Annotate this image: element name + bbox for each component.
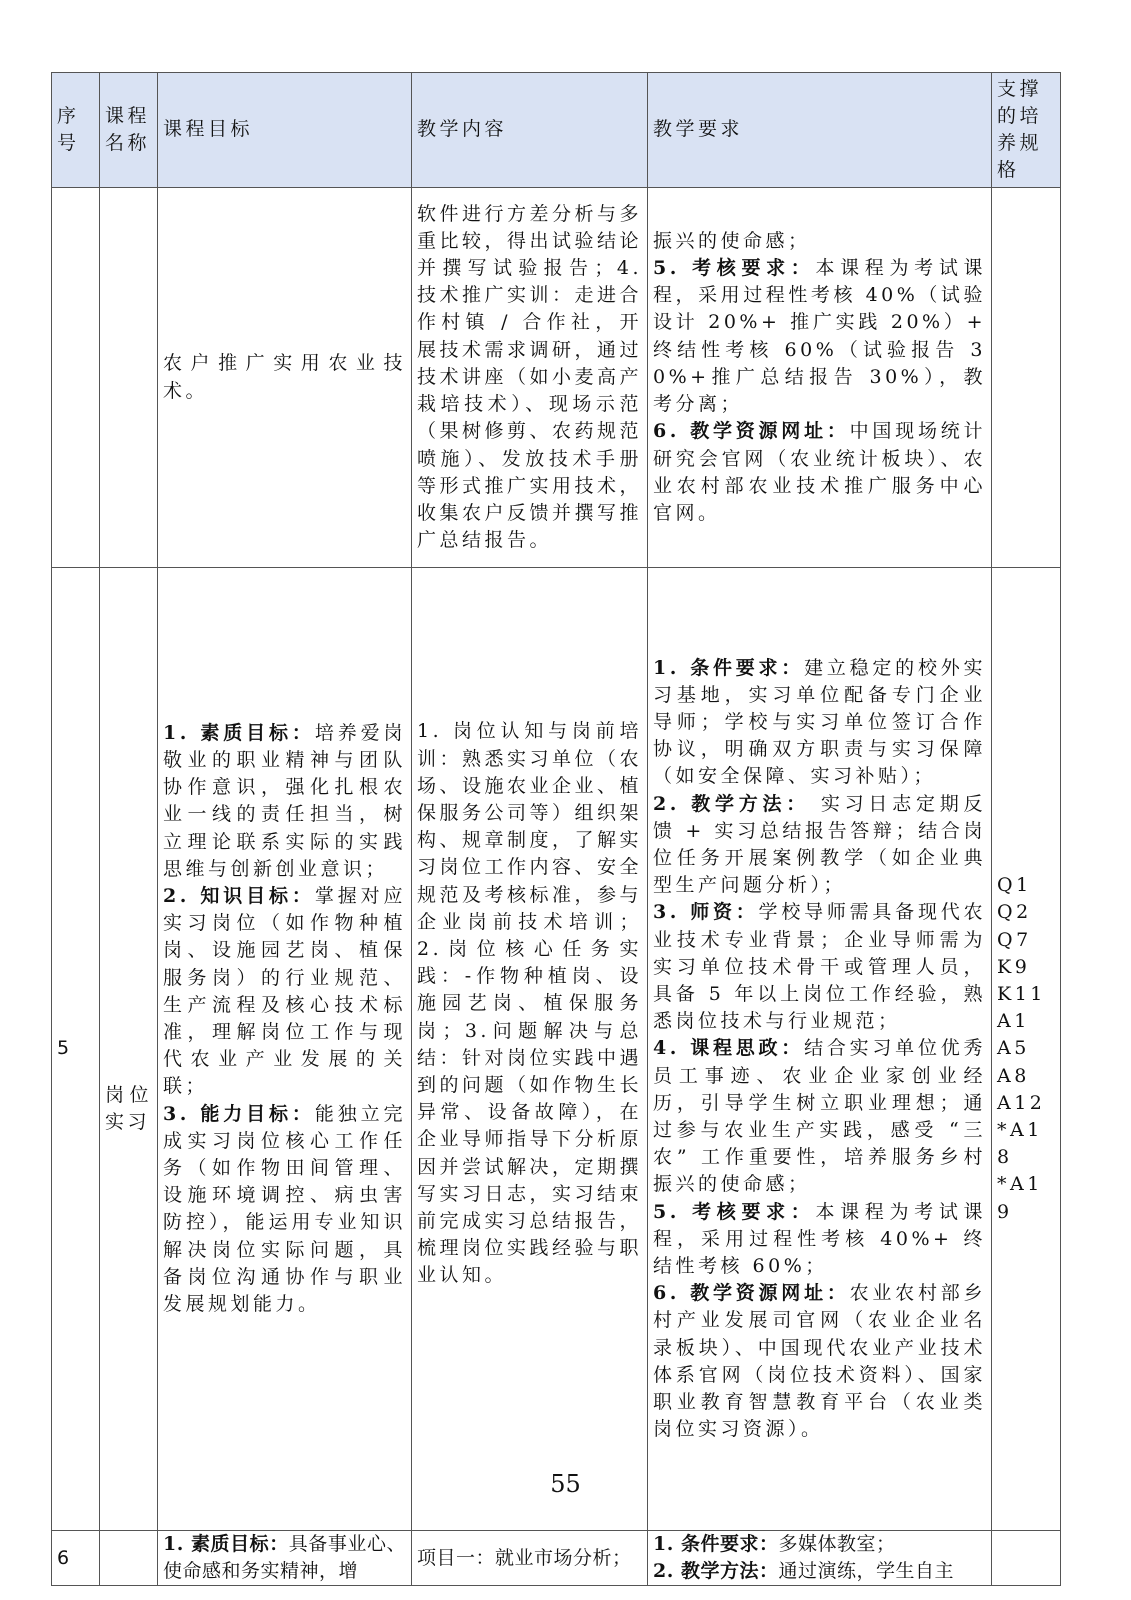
spec-code: K11 [997,981,1055,1008]
cell-requirements: 1. 条件要求：多媒体教室； 2. 教学方法：通过演练，学生自主 [648,1531,992,1586]
cell-course-name: 岗位实习 [100,568,158,1531]
objective-item: 1. 素质目标：具备事业心、使命感和务实精神，增 [163,1533,406,1582]
cell-requirements: 振兴的使命感； 5. 考核要求：本课程为考试课程，采用过程性考核 40%（试验设… [648,188,992,568]
cell-content: 软件进行方差分析与多重比较，得出试验结论并撰写试验报告；4.技术推广实训：走进合… [412,188,648,568]
cell-content: 1. 岗位认知与岗前培训：熟悉实习单位（农场、设施农业企业、植保服务公司等）组织… [412,568,648,1531]
spec-code: A1 [997,1008,1055,1035]
spec-code: *A18 [997,1117,1055,1171]
table-row: 农户推广实用农业技术。 软件进行方差分析与多重比较，得出试验结论并撰写试验报告；… [52,188,1061,568]
requirement-item: 5. 考核要求：本课程为考试课程，采用过程性考核 40%（试验设计 20%+ 推… [653,255,986,418]
cell-spec: Q1 Q2 Q7 K9 K11 A1 A5 A8 A12 *A18 *A19 [992,568,1061,1531]
table-row: 6 1. 素质目标：具备事业心、使命感和务实精神，增 项目一：就业市场分析； 1… [52,1531,1061,1586]
requirement-item: 1. 条件要求：建立稳定的校外实习基地，实习单位配备专门企业导师；学校与实习单位… [653,655,986,791]
spec-code: Q2 [997,899,1055,926]
cell-spec [992,188,1061,568]
spec-code: K9 [997,954,1055,981]
requirement-item: 1. 条件要求：多媒体教室； [653,1531,986,1558]
requirement-item: 6. 教学资源网址：中国现场统计研究会官网（农业统计板块）、农业农村部农业技术推… [653,418,986,527]
spec-code: *A19 [997,1171,1055,1225]
cell-content: 项目一：就业市场分析； [412,1531,648,1586]
cell-seq: 5 [52,568,100,1531]
header-course-objective: 课程目标 [158,73,412,188]
header-teaching-content: 教学内容 [412,73,648,188]
objective-item: 3. 能力目标：能独立完成实习岗位核心工作任务（如作物田间管理、设施环境调控、病… [163,1101,406,1319]
cell-course-name [100,188,158,568]
requirement-item: 3. 师资：学校导师需具备现代农业技术专业背景；企业导师需为实习单位技术骨干或管… [653,899,986,1035]
header-course-name: 课程名称 [100,73,158,188]
header-teaching-requirements: 教学要求 [648,73,992,188]
spec-code: A12 [997,1090,1055,1117]
table-row: 5 岗位实习 1. 素质目标：培养爱岗敬业的职业精神与团队协作意识，强化扎根农业… [52,568,1061,1531]
cell-spec [992,1531,1061,1586]
cell-requirements: 1. 条件要求：建立稳定的校外实习基地，实习单位配备专门企业导师；学校与实习单位… [648,568,992,1531]
header-supported-specs: 支撑的培养规格 [992,73,1061,188]
cell-objective: 1. 素质目标：培养爱岗敬业的职业精神与团队协作意识，强化扎根农业一线的责任担当… [158,568,412,1531]
header-seq: 序号 [52,73,100,188]
spec-code: A5 [997,1035,1055,1062]
spec-code: Q1 [997,872,1055,899]
spec-code: Q7 [997,927,1055,954]
requirement-item: 4. 课程思政：结合实习单位优秀员工事迹、农业企业家创业经历，引导学生树立职业理… [653,1035,986,1198]
requirement-item: 2. 教学方法： 实习日志定期反馈 + 实习总结报告答辩；结合岗位任务开展案例教… [653,791,986,900]
cell-seq: 6 [52,1531,100,1586]
requirement-item: 5. 考核要求：本课程为考试课程，采用过程性考核 40%+ 终结性考核 60%； [653,1199,986,1281]
objective-item: 2. 知识目标：掌握对应实习岗位（如作物种植岗、设施园艺岗、植保服务岗）的行业规… [163,883,406,1101]
spec-code: A8 [997,1063,1055,1090]
cell-course-name [100,1531,158,1586]
requirement-item: 振兴的使命感； [653,228,986,255]
curriculum-table: 序号 课程名称 课程目标 教学内容 教学要求 支撑的培养规格 农户推广实用农业技… [51,72,1061,1586]
cell-objective: 农户推广实用农业技术。 [158,188,412,568]
cell-seq [52,188,100,568]
table-header-row: 序号 课程名称 课程目标 教学内容 教学要求 支撑的培养规格 [52,73,1061,188]
requirement-item: 2. 教学方法：通过演练，学生自主 [653,1558,986,1585]
page-number: 55 [0,1470,1131,1498]
requirement-item: 6. 教学资源网址：农业农村部乡村产业发展司官网（农业企业名录板块）、中国现代农… [653,1280,986,1443]
objective-item: 1. 素质目标：培养爱岗敬业的职业精神与团队协作意识，强化扎根农业一线的责任担当… [163,720,406,883]
cell-objective: 1. 素质目标：具备事业心、使命感和务实精神，增 [158,1531,412,1586]
